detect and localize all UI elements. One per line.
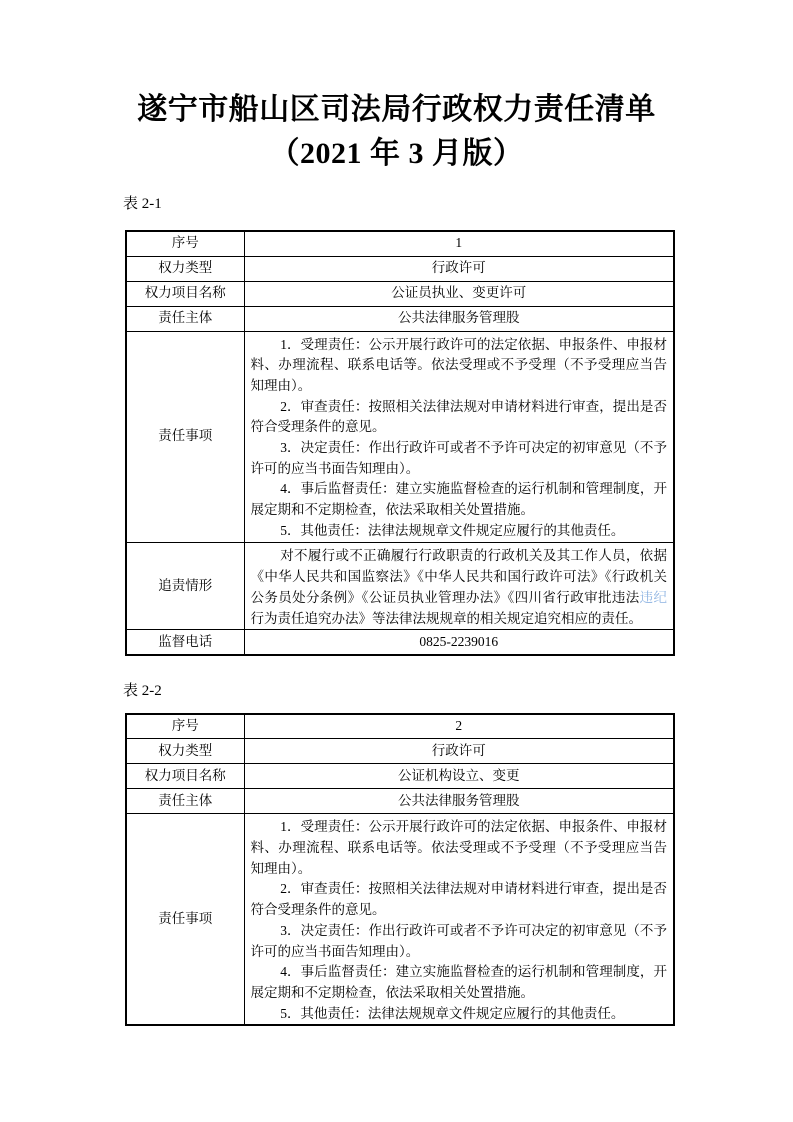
- table-row-phone: 监督电话 0825-2239016: [126, 630, 674, 655]
- table-1-caption: 表 2-1: [123, 194, 793, 215]
- linked-text[interactable]: 违纪: [640, 590, 667, 605]
- duty-paragraph: 5．其他责任：法律法规规章文件规定应履行的其他责任。: [251, 1004, 668, 1025]
- phone-row-label: 监督电话: [126, 630, 244, 655]
- duty-paragraph: 4．事后监督责任：建立实施监督检查的运行机制和管理制度，开展定期和不定期检查，依…: [251, 479, 668, 520]
- table-row: 权力项目名称 公证机构设立、变更: [126, 764, 674, 789]
- duty-row-label: 责任事项: [126, 331, 244, 542]
- title-line-2: （2021 年 3 月版）: [0, 132, 793, 176]
- row-value: 公证机构设立、变更: [244, 764, 674, 789]
- accountability-paragraph: 对不履行或不正确履行行政职责的行政机关及其工作人员，依据《中华人民共和国监察法》…: [251, 545, 668, 630]
- row-value: 行政许可: [244, 256, 674, 281]
- duty-paragraph: 2．审查责任：按照相关法律法规对申请材料进行审查，提出是否符合受理条件的意见。: [251, 879, 668, 920]
- row-value: 1: [244, 231, 674, 256]
- row-value: 2: [244, 714, 674, 739]
- duty-paragraph: 5．其他责任：法律法规规章文件规定应履行的其他责任。: [251, 521, 668, 542]
- row-value: 公共法律服务管理股: [244, 789, 674, 814]
- row-label: 权力项目名称: [126, 281, 244, 306]
- row-label: 权力项目名称: [126, 764, 244, 789]
- text-run: 行为责任追究办法》等法律法规规章的相关规定追究相应的责任。: [251, 611, 643, 626]
- table-row: 序号 1: [126, 231, 674, 256]
- row-label: 权力类型: [126, 739, 244, 764]
- duty-paragraph: 3．决定责任：作出行政许可或者不予许可决定的初审意见（不予许可的应当书面告知理由…: [251, 438, 668, 479]
- phone-number: 0825-2239016: [244, 630, 674, 655]
- table-row: 责任主体 公共法律服务管理股: [126, 306, 674, 331]
- row-label: 责任主体: [126, 306, 244, 331]
- accountability-row-content: 对不履行或不正确履行行政职责的行政机关及其工作人员，依据《中华人民共和国监察法》…: [244, 542, 674, 630]
- accountability-row-label: 追责情形: [126, 542, 244, 630]
- duty-row-content: 1．受理责任：公示开展行政许可的法定依据、申报条件、申报材料、办理流程、联系电话…: [244, 814, 674, 1026]
- table-row-duty: 责任事项 1．受理责任：公示开展行政许可的法定依据、申报条件、申报材料、办理流程…: [126, 814, 674, 1026]
- table-row: 责任主体 公共法律服务管理股: [126, 789, 674, 814]
- title-line-1: 遂宁市船山区司法局行政权力责任清单: [0, 88, 793, 132]
- responsibility-table-2: 序号 2 权力类型 行政许可 权力项目名称 公证机构设立、变更 责任主体 公共法…: [125, 713, 675, 1027]
- table-row: 序号 2: [126, 714, 674, 739]
- row-label: 序号: [126, 231, 244, 256]
- document-title: 遂宁市船山区司法局行政权力责任清单 （2021 年 3 月版）: [0, 88, 793, 176]
- document-page: 遂宁市船山区司法局行政权力责任清单 （2021 年 3 月版） 表 2-1 序号…: [0, 0, 793, 1122]
- table-row: 权力项目名称 公证员执业、变更许可: [126, 281, 674, 306]
- duty-paragraph: 3．决定责任：作出行政许可或者不予许可决定的初审意见（不予许可的应当书面告知理由…: [251, 921, 668, 962]
- duty-row-label: 责任事项: [126, 814, 244, 1026]
- duty-paragraph: 1．受理责任：公示开展行政许可的法定依据、申报条件、申报材料、办理流程、联系电话…: [251, 335, 668, 397]
- table-2-caption: 表 2-2: [123, 681, 793, 702]
- row-value: 公共法律服务管理股: [244, 306, 674, 331]
- table-row-accountability: 追责情形 对不履行或不正确履行行政职责的行政机关及其工作人员，依据《中华人民共和…: [126, 542, 674, 630]
- duty-paragraph: 2．审查责任：按照相关法律法规对申请材料进行审查，提出是否符合受理条件的意见。: [251, 397, 668, 438]
- table-row: 权力类型 行政许可: [126, 256, 674, 281]
- row-label: 序号: [126, 714, 244, 739]
- table-row-duty: 责任事项 1．受理责任：公示开展行政许可的法定依据、申报条件、申报材料、办理流程…: [126, 331, 674, 542]
- row-label: 权力类型: [126, 256, 244, 281]
- duty-row-content: 1．受理责任：公示开展行政许可的法定依据、申报条件、申报材料、办理流程、联系电话…: [244, 331, 674, 542]
- table-row: 权力类型 行政许可: [126, 739, 674, 764]
- responsibility-table-1: 序号 1 权力类型 行政许可 权力项目名称 公证员执业、变更许可 责任主体 公共…: [125, 230, 675, 656]
- row-label: 责任主体: [126, 789, 244, 814]
- duty-paragraph: 1．受理责任：公示开展行政许可的法定依据、申报条件、申报材料、办理流程、联系电话…: [251, 817, 668, 879]
- text-run: 对不履行或不正确履行行政职责的行政机关及其工作人员，依据《中华人民共和国监察法》…: [251, 548, 668, 605]
- duty-paragraph: 4．事后监督责任：建立实施监督检查的运行机制和管理制度，开展定期和不定期检查，依…: [251, 962, 668, 1003]
- row-value: 行政许可: [244, 739, 674, 764]
- row-value: 公证员执业、变更许可: [244, 281, 674, 306]
